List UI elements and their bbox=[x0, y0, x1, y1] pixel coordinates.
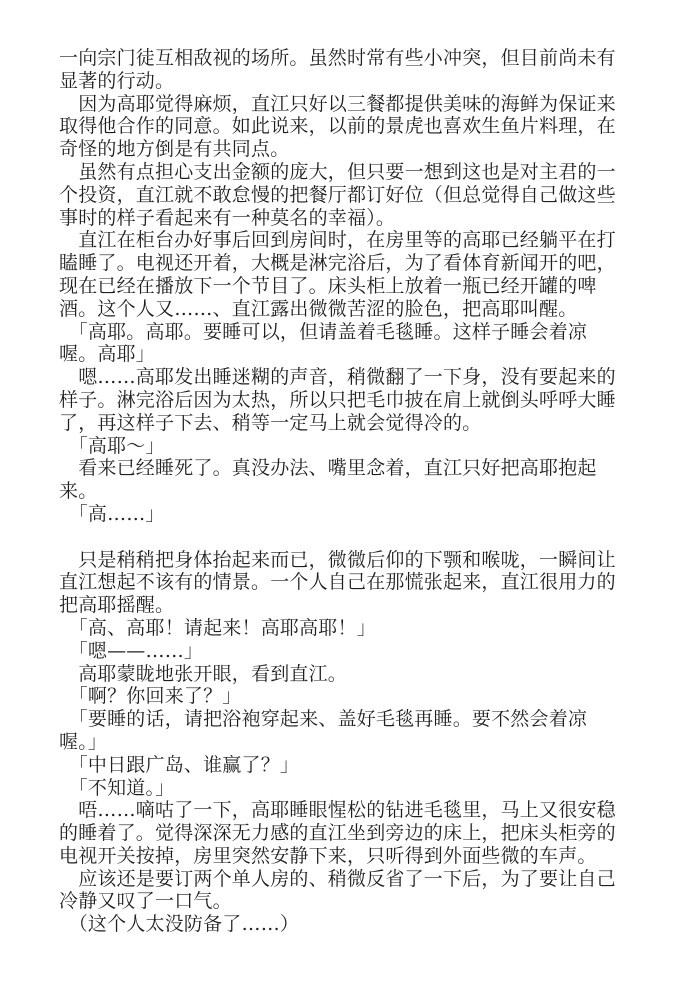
text-line: 个投资，直江就不敢怠慢的把餐厅都订好位（但总觉得自己做这些 bbox=[59, 184, 648, 207]
text-line: 一向宗门徒互相敌视的场所。虽然时常有些小冲突，但目前尚未有 bbox=[59, 47, 648, 70]
text-line: 来。 bbox=[59, 480, 648, 503]
text-line: 事时的样子看起来有一种莫名的幸福）。 bbox=[59, 207, 648, 230]
text-line: 奇怪的地方倒是有共同点。 bbox=[59, 138, 648, 161]
text-line: 「高……」 bbox=[59, 503, 648, 526]
text-line: 虽然有点担心支出金额的庞大，但只要一想到这也是对主君的一 bbox=[59, 161, 648, 184]
text-line: 「高、高耶！请起来！高耶高耶！」 bbox=[59, 617, 648, 640]
text-line: 「嗯——……」 bbox=[59, 640, 648, 663]
text-line: 「不知道。」 bbox=[59, 777, 648, 800]
text-line: 嗯……高耶发出睡迷糊的声音，稍微翻了一下身，没有要起来的 bbox=[59, 366, 648, 389]
text-line: 「中日跟广岛、谁赢了？」 bbox=[59, 754, 648, 777]
text-line: 样子。淋完浴后因为太热，所以只把毛巾披在肩上就倒头呼呼大睡 bbox=[59, 389, 648, 412]
text-line: 酒。这个人又……、直江露出微微苦涩的脸色，把高耶叫醒。 bbox=[59, 298, 648, 321]
text-line: 看来已经睡死了。真没办法、嘴里念着，直江只好把高耶抱起 bbox=[59, 457, 648, 480]
text-line: 冷静又叹了一口气。 bbox=[59, 890, 648, 913]
text-line: 喔。」 bbox=[59, 731, 648, 754]
text-line: 「啊？你回来了？」 bbox=[59, 685, 648, 708]
text-line: 瞌睡了。电视还开着，大概是淋完浴后，为了看体育新闻开的吧， bbox=[59, 252, 648, 275]
text-line: 高耶蒙眬地张开眼，看到直江。 bbox=[59, 663, 648, 686]
text-line: 的睡着了。觉得深深无力感的直江坐到旁边的床上，把床头柜旁的 bbox=[59, 822, 648, 845]
text-line: 把高耶摇醒。 bbox=[59, 594, 648, 617]
text-line: 「高耶。高耶。要睡可以，但请盖着毛毯睡。这样子睡会着凉 bbox=[59, 321, 648, 344]
text-line: 直江想起不该有的情景。一个人自己在那慌张起来，直江很用力的 bbox=[59, 571, 648, 594]
text-line: 应该还是要订两个单人房的、稍微反省了一下后，为了要让自己 bbox=[59, 868, 648, 891]
text-line: 直江在柜台办好事后回到房间时，在房里等的高耶已经躺平在打 bbox=[59, 229, 648, 252]
text-line: 取得他合作的同意。如此说来，以前的景虎也喜欢生鱼片料理，在 bbox=[59, 115, 648, 138]
blank-line bbox=[59, 526, 648, 549]
text-line: 电视开关按掉，房里突然安静下来，只听得到外面些微的车声。 bbox=[59, 845, 648, 868]
novel-page: 一向宗门徒互相敌视的场所。虽然时常有些小冲突，但目前尚未有 显著的行动。 因为高… bbox=[0, 0, 700, 993]
text-line: （这个人太没防备了……） bbox=[59, 913, 648, 936]
text-line: 了，再这样子下去、稍等一定马上就会觉得冷的。 bbox=[59, 412, 648, 435]
text-line: 喔。高耶」 bbox=[59, 343, 648, 366]
text-line: 现在已经在播放下一个节目了。床头柜上放着一瓶已经开罐的啤 bbox=[59, 275, 648, 298]
text-line: 因为高耶觉得麻烦，直江只好以三餐都提供美味的海鲜为保证来 bbox=[59, 93, 648, 116]
text-line: 「要睡的话，请把浴袍穿起来、盖好毛毯再睡。要不然会着凉 bbox=[59, 708, 648, 731]
text-line: 只是稍稍把身体抬起来而已，微微后仰的下颚和喉咙，一瞬间让 bbox=[59, 549, 648, 572]
text-line: 「高耶～」 bbox=[59, 435, 648, 458]
text-line: 显著的行动。 bbox=[59, 70, 648, 93]
text-line: 唔……嘀咕了一下，高耶睡眼惺松的钻进毛毯里，马上又很安稳 bbox=[59, 799, 648, 822]
